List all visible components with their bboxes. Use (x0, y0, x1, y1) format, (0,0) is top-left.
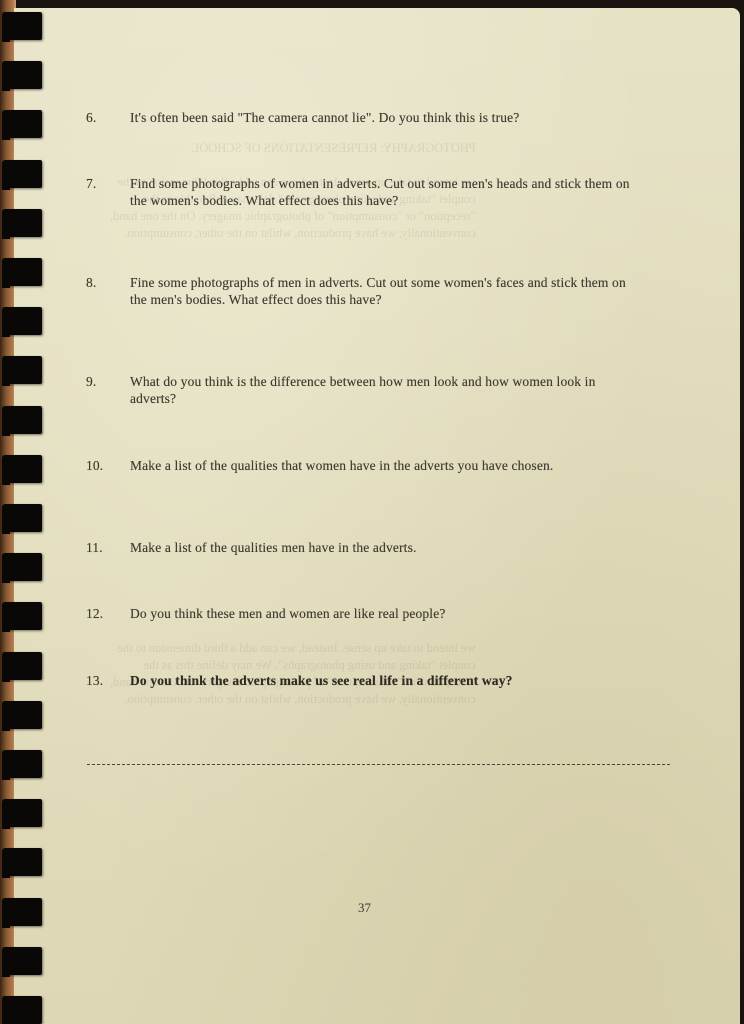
page-number: 37 (358, 900, 371, 916)
binding-ring (2, 356, 42, 384)
binding-ring (2, 61, 42, 89)
binding-ring (2, 602, 42, 630)
binding-ring (2, 110, 42, 138)
binding-ring (2, 504, 42, 532)
question-text: Fine some photographs of men in adverts.… (130, 275, 640, 308)
document-page (14, 8, 740, 1024)
binding-ring (2, 12, 42, 40)
binding-ring (2, 406, 42, 434)
binding-ring (2, 160, 42, 188)
question-text: Make a list of the qualities that women … (130, 458, 610, 475)
binding-ring (2, 996, 42, 1024)
binding-ring (2, 455, 42, 483)
question-13: 13. Do you think the adverts make us see… (86, 673, 630, 690)
question-text: Do you think these men and women are lik… (130, 606, 630, 623)
binding-ring (2, 258, 42, 286)
dashed-divider (87, 764, 670, 765)
question-text: Do you think the adverts make us see rea… (130, 673, 630, 690)
question-6: 6. It's often been said "The camera cann… (86, 110, 630, 127)
binding-ring (2, 799, 42, 827)
question-11: 11. Make a list of the qualities men hav… (86, 540, 630, 557)
question-number: 13. (86, 673, 126, 690)
question-number: 9. (86, 374, 126, 391)
question-number: 12. (86, 606, 126, 623)
question-number: 10. (86, 458, 126, 475)
binding-ring (2, 307, 42, 335)
binding-ring (2, 553, 42, 581)
binding-ring (2, 848, 42, 876)
binding-ring (2, 750, 42, 778)
binding-ring (2, 947, 42, 975)
question-7: 7. Find some photographs of women in adv… (86, 176, 640, 209)
question-number: 6. (86, 110, 126, 127)
question-text: It's often been said "The camera cannot … (130, 110, 630, 127)
question-text: Make a list of the qualities men have in… (130, 540, 630, 557)
question-8: 8. Fine some photographs of men in adver… (86, 275, 640, 308)
question-number: 8. (86, 275, 126, 292)
question-text: Find some photographs of women in advert… (130, 176, 640, 209)
question-text: What do you think is the difference betw… (130, 374, 630, 407)
binding-ring (2, 898, 42, 926)
binding-ring (2, 652, 42, 680)
binding-ring (2, 209, 42, 237)
question-12: 12. Do you think these men and women are… (86, 606, 630, 623)
binding-ring (2, 701, 42, 729)
question-9: 9. What do you think is the difference b… (86, 374, 630, 407)
question-number: 11. (86, 540, 126, 557)
question-10: 10. Make a list of the qualities that wo… (86, 458, 610, 475)
question-number: 7. (86, 176, 126, 193)
